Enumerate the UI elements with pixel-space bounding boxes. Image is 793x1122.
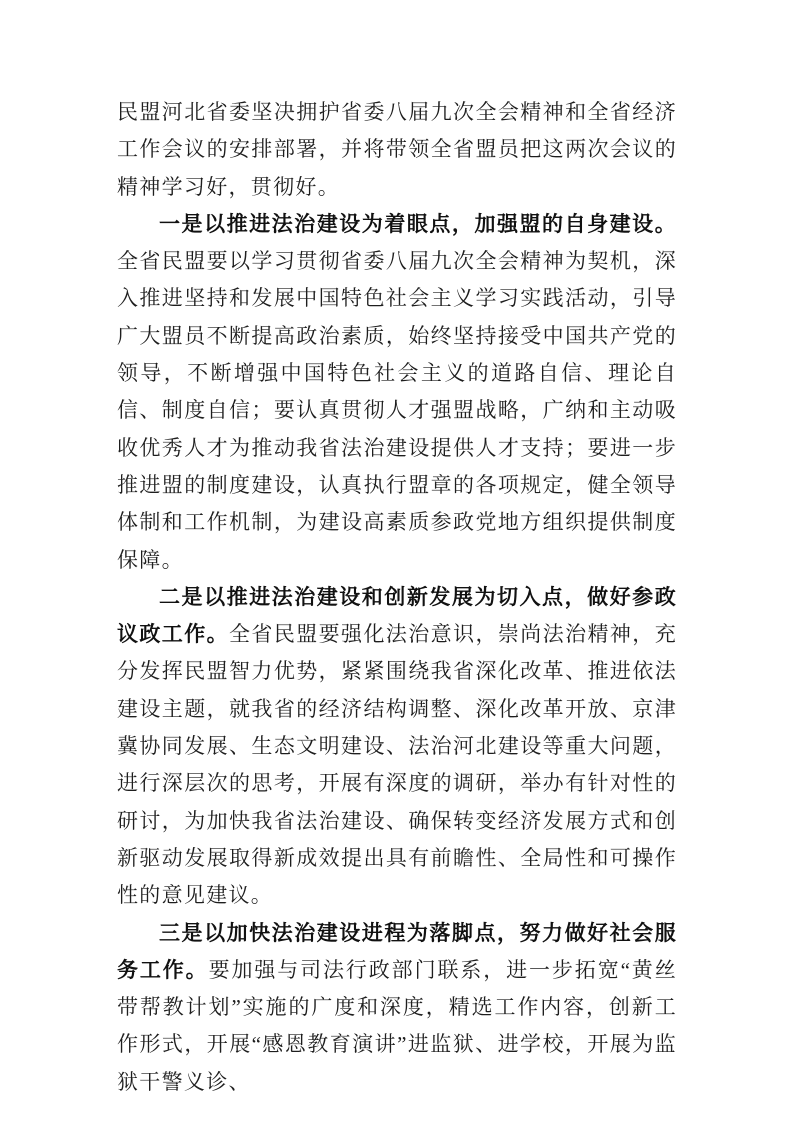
paragraph-point-2-body: 全省民盟要强化法治意识，崇尚法治精神，充分发挥民盟智力优势，紧紧围绕我省深化改革… — [117, 622, 677, 907]
document-text-area[interactable]: 民盟河北省委坚决拥护省委八届九次全会精神和全省经济工作会议的安排部署，并将带领全… — [117, 94, 677, 1101]
paragraph-point-3: 三是以加快法治建设进程为落脚点，努力做好社会服务工作。要加强与司法行政部门联系，… — [117, 915, 677, 1101]
paragraph-point-1: 一是以推进法治建设为着眼点，加强盟的自身建设。全省民盟要以学习贯彻省委八届九次全… — [117, 206, 677, 579]
document-page: 民盟河北省委坚决拥护省委八届九次全会精神和全省经济工作会议的安排部署，并将带领全… — [0, 0, 793, 1122]
paragraph-point-2: 二是以推进法治建设和创新发展为切入点，做好参政议政工作。全省民盟要强化法治意识，… — [117, 579, 677, 915]
paragraph-continuation: 民盟河北省委坚决拥护省委八届九次全会精神和全省经济工作会议的安排部署，并将带领全… — [117, 94, 677, 206]
paragraph-point-1-lead: 一是以推进法治建设为着眼点，加强盟的自身建设。 — [159, 212, 677, 236]
paragraph-continuation-body: 民盟河北省委坚决拥护省委八届九次全会精神和全省经济工作会议的安排部署，并将带领全… — [117, 100, 677, 199]
paragraph-point-1-body: 全省民盟要以学习贯彻省委八届九次全会精神为契机，深入推进坚持和发展中国特色社会主… — [117, 249, 677, 571]
